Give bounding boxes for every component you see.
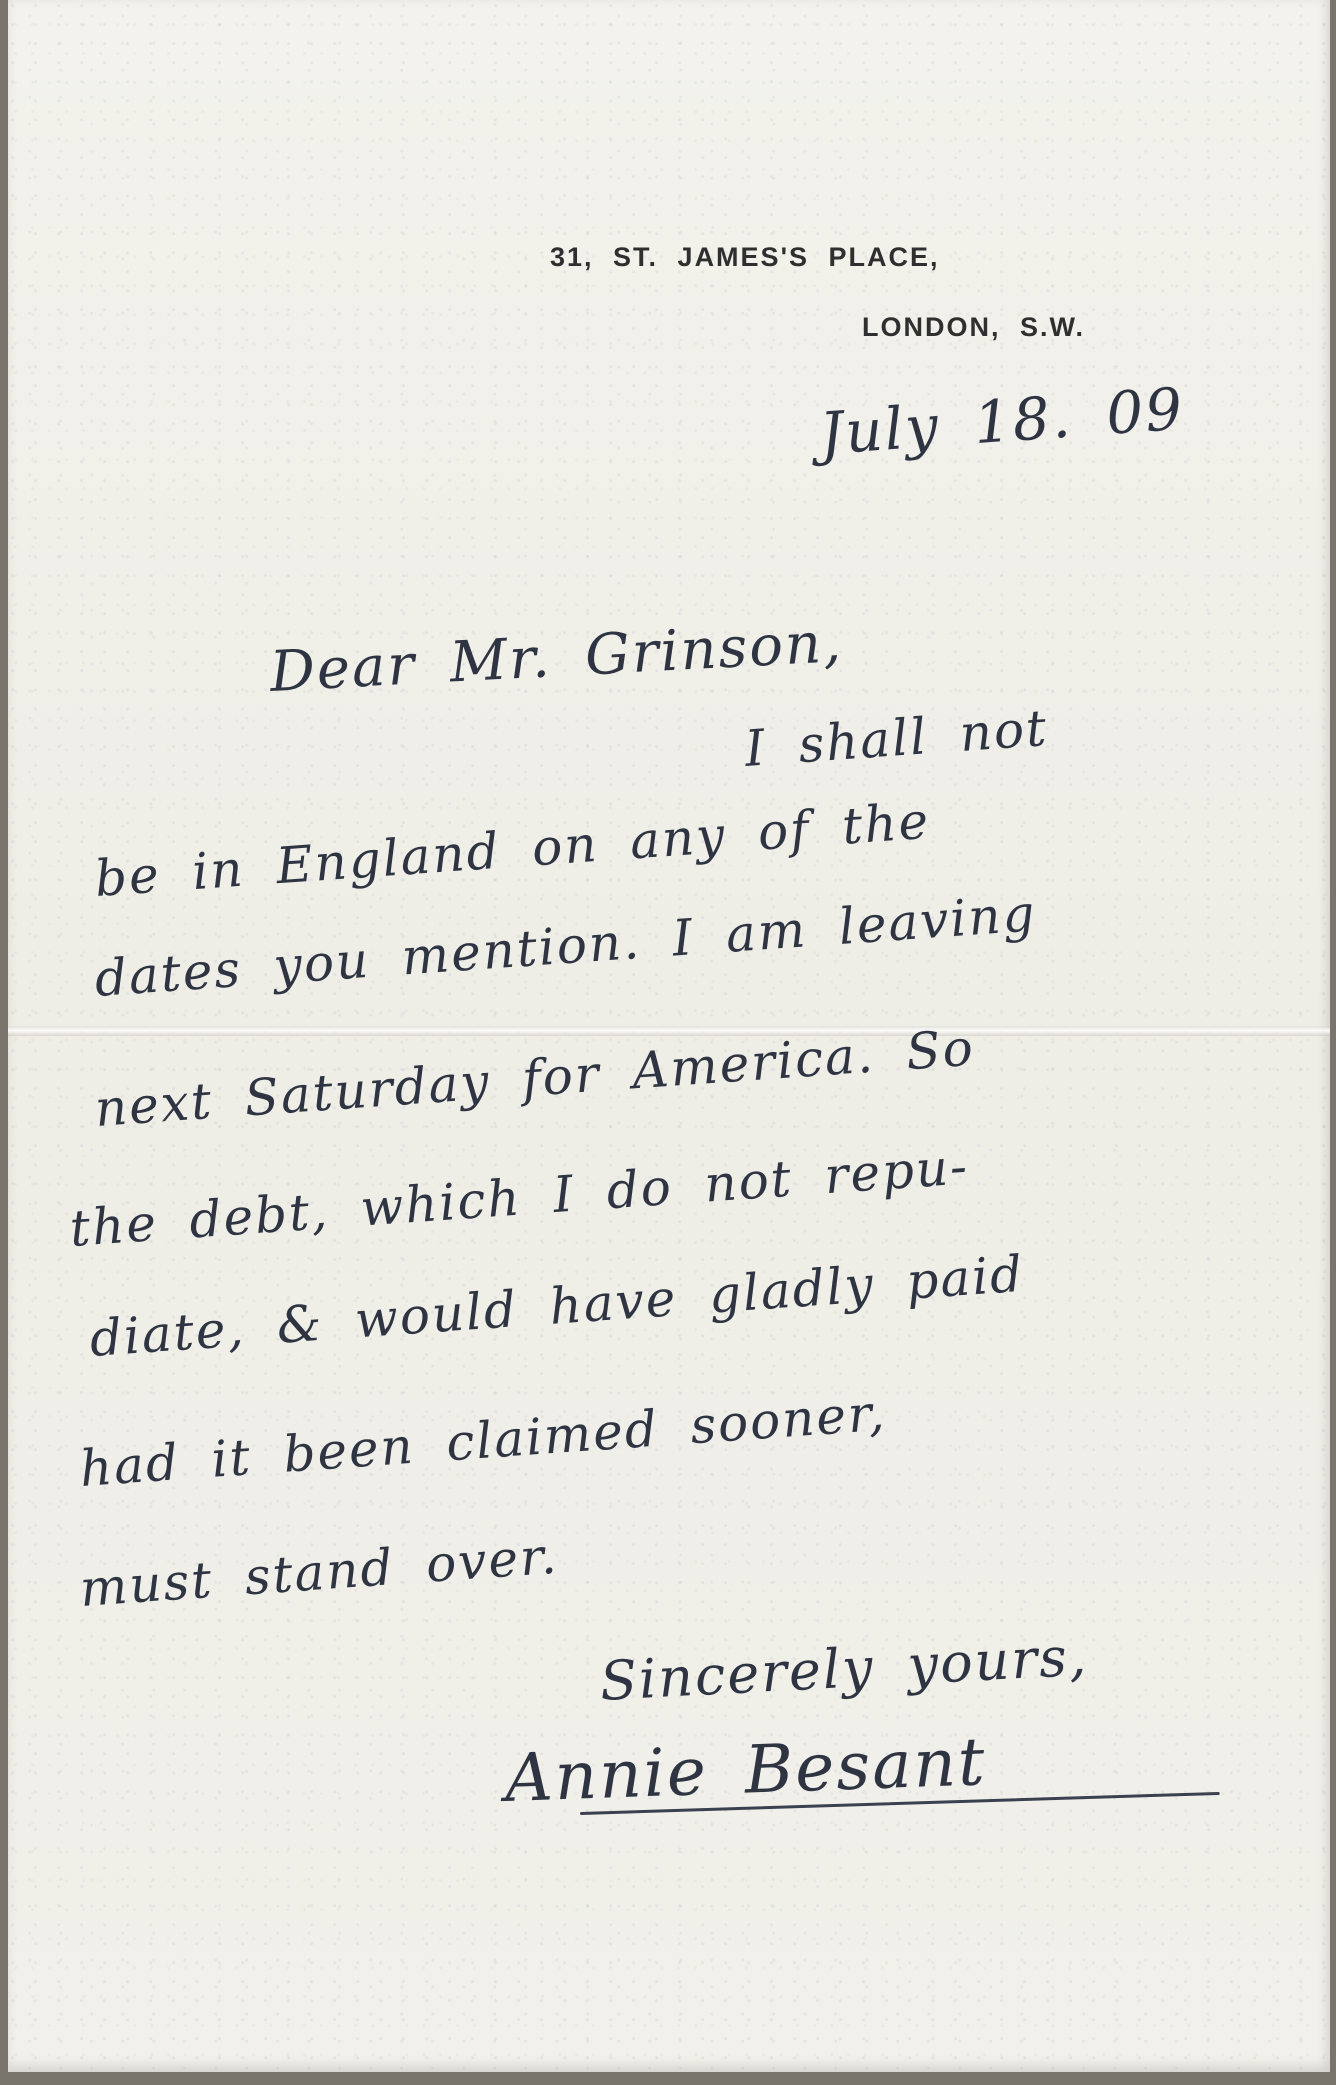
paper-fold-crease (8, 1026, 1330, 1036)
letterhead-address-line2: LONDON, S.W. (862, 312, 1085, 343)
letterhead-address-line1: 31, ST. JAMES'S PLACE, (550, 242, 940, 273)
